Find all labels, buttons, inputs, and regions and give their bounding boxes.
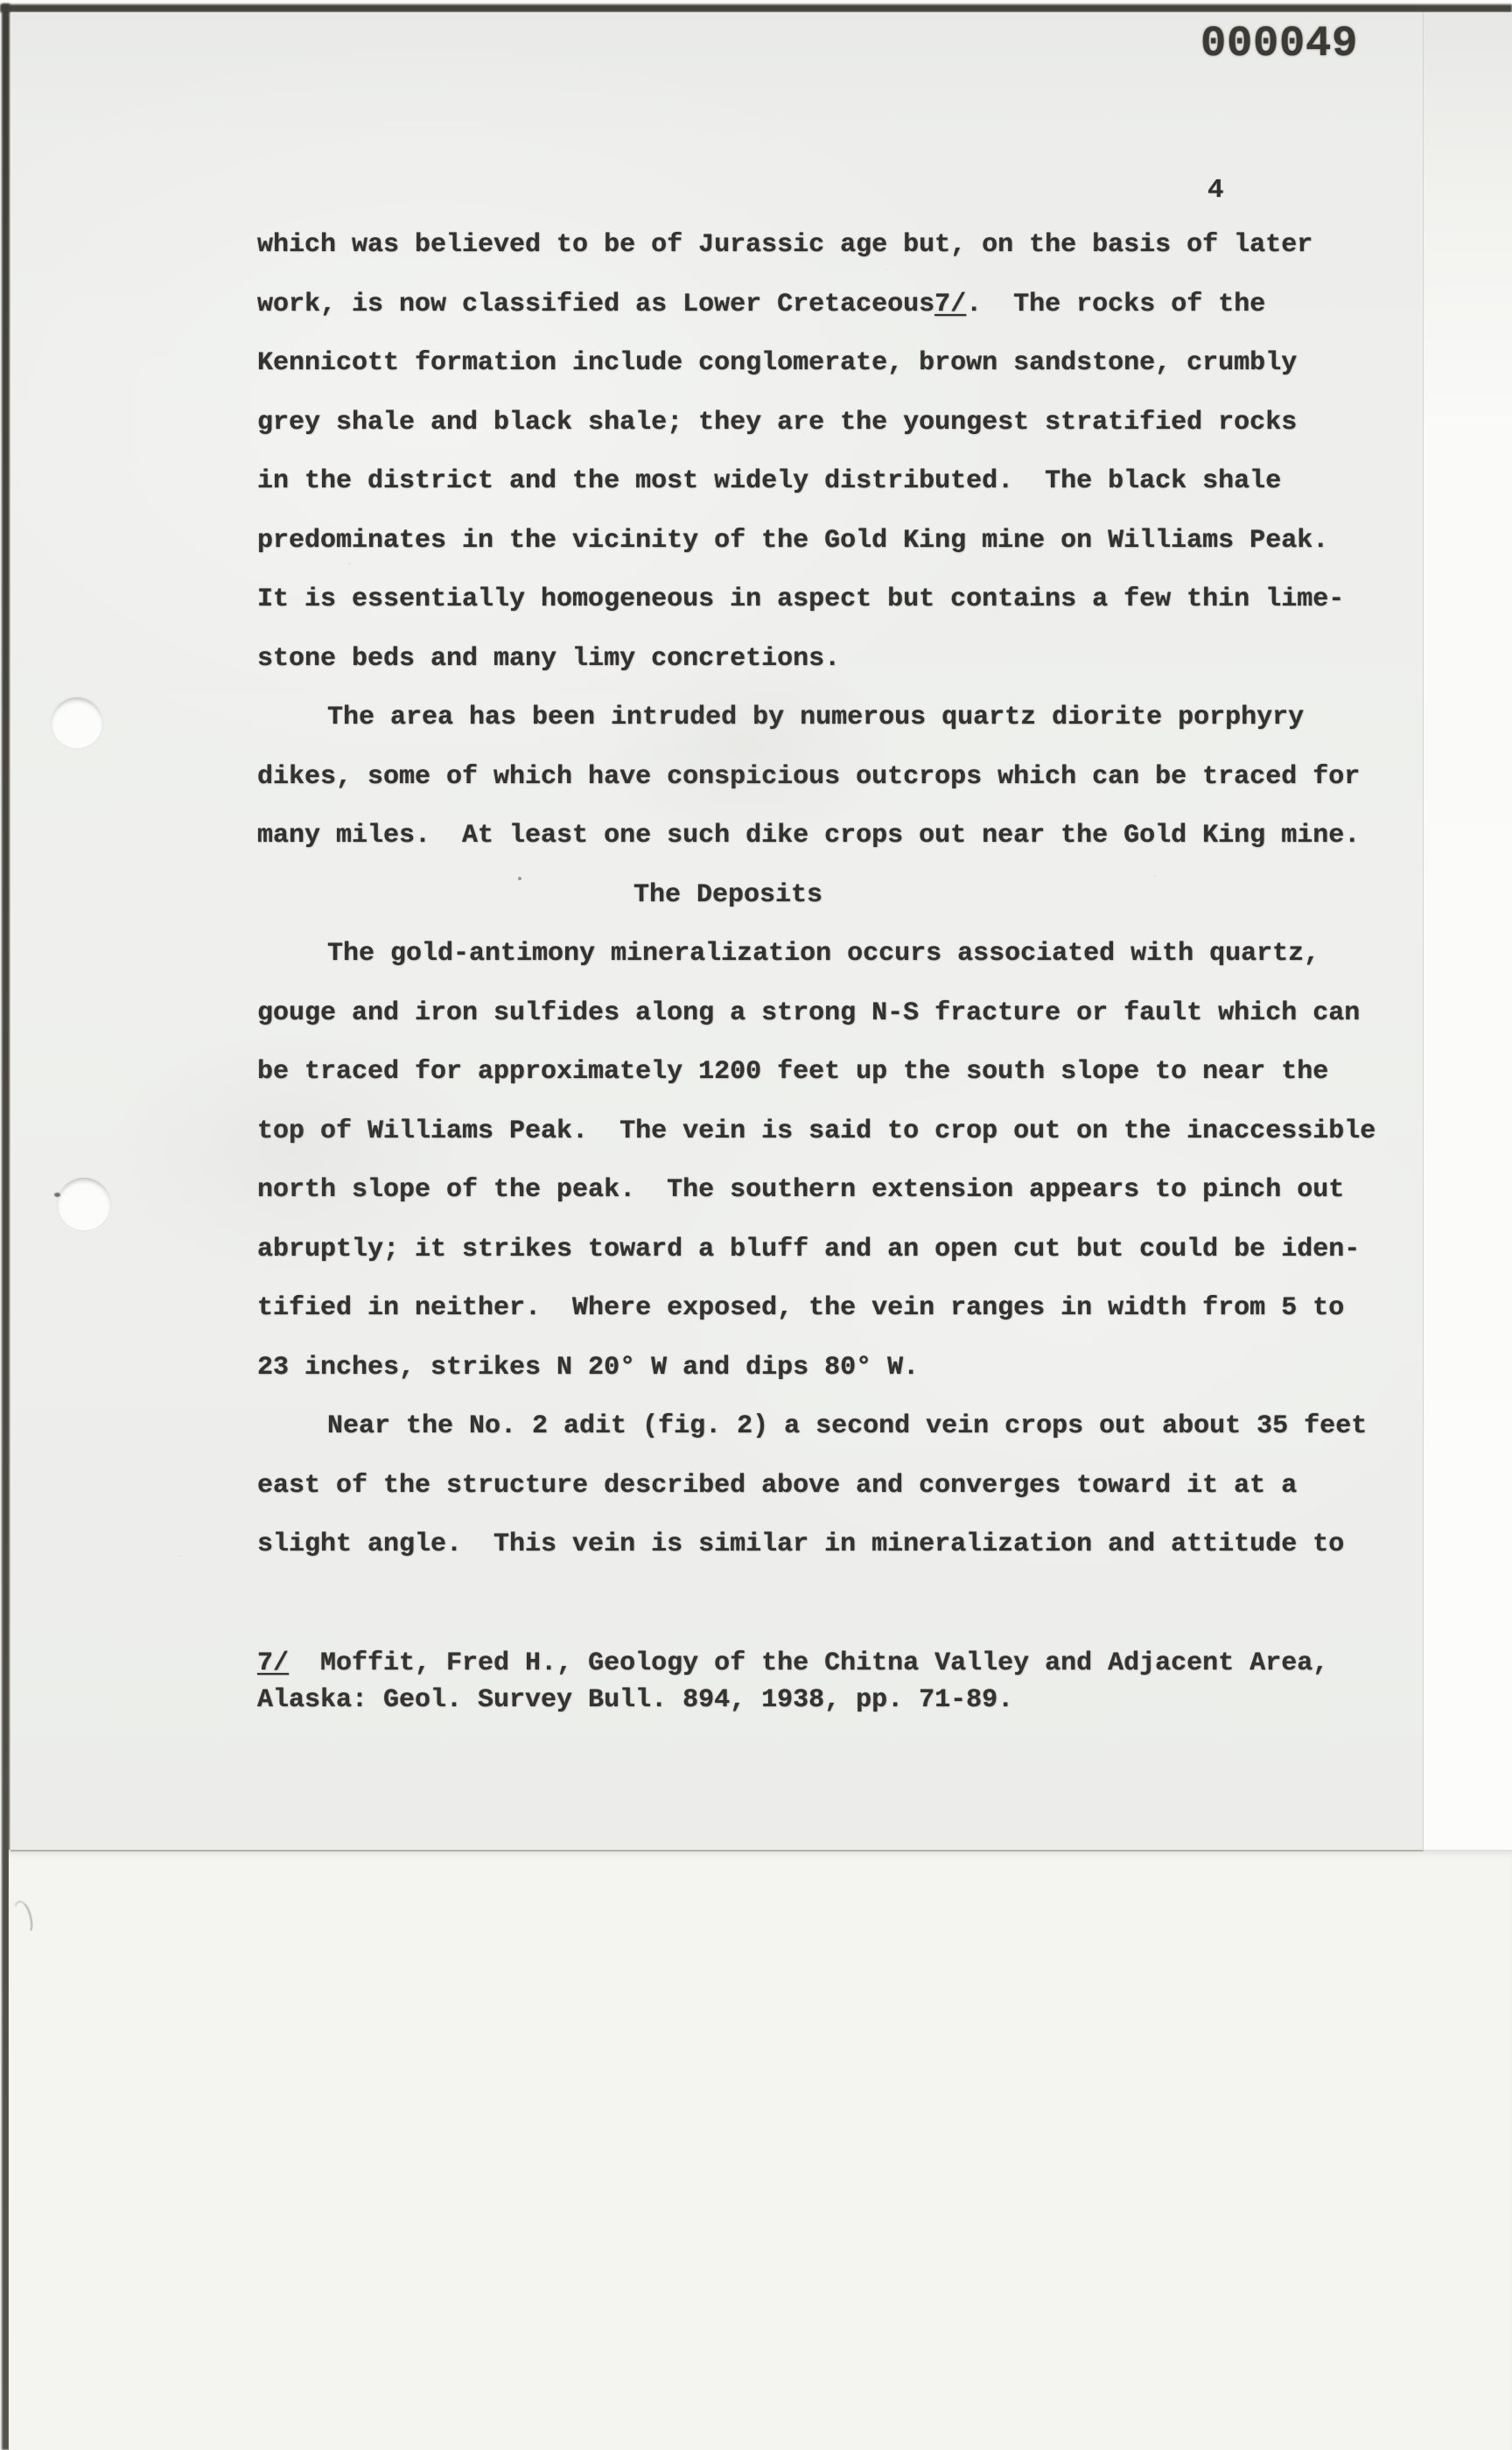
ink-speck (54, 1193, 60, 1197)
text-segment: east of the structure described above an… (257, 1471, 1297, 1501)
text-line: be traced for approximately 1200 feet up… (257, 1059, 1375, 1118)
text-segment: abruptly; it strikes toward a bluff and … (257, 1235, 1360, 1264)
text-line: predominates in the vicinity of the Gold… (257, 528, 1375, 587)
text-line: It is essentially homogeneous in aspect … (257, 586, 1375, 646)
text-segment: predominates in the vicinity of the Gold… (257, 526, 1328, 556)
footnote: 7/ Moffit, Fred H., Geology of the Chitn… (257, 1650, 1328, 1724)
text-line: tified in neither. Where exposed, the ve… (257, 1295, 1375, 1354)
text-segment: . The rocks of the (966, 290, 1265, 319)
text-line: work, is now classified as Lower Cretace… (257, 291, 1375, 351)
text-line: The area has been intruded by numerous q… (327, 704, 1375, 764)
text-segment: It is essentially homogeneous in aspect … (257, 584, 1344, 614)
text-line: gouge and iron sulfides along a strong N… (257, 1000, 1375, 1060)
text-segment: Alaska: Geol. Survey Bull. 894, 1938, pp… (257, 1685, 1013, 1715)
text-segment: The Deposits (633, 880, 822, 910)
text-line: dikes, some of which have conspicious ou… (257, 764, 1375, 823)
text-line: which was believed to be of Jurassic age… (257, 232, 1375, 291)
lower-sheet (9, 1850, 1512, 2450)
text-line: Near the No. 2 adit (fig. 2) a second ve… (327, 1413, 1375, 1473)
text-segment: The gold-antimony mineralization occurs … (327, 939, 1319, 969)
text-segment: dikes, some of which have conspicious ou… (257, 762, 1360, 792)
text-line: in the district and the most widely dist… (257, 468, 1375, 528)
text-line: north slope of the peak. The southern ex… (257, 1177, 1375, 1236)
scan-top-edge (0, 4, 1512, 12)
stamp-serial-number: 000049 (1200, 23, 1358, 66)
text-segment: The area has been intruded by numerous q… (327, 703, 1304, 732)
text-segment: Kennicott formation include conglomerate… (257, 348, 1297, 378)
section-heading: The Deposits (633, 882, 1375, 941)
text-line: slight angle. This vein is similar in mi… (257, 1531, 1375, 1591)
hole-punch-bottom (58, 1178, 110, 1230)
footnote-line: Alaska: Geol. Survey Bull. 894, 1938, pp… (257, 1687, 1328, 1724)
footnote-reference: 7/ (934, 290, 966, 319)
scanner-backdrop-right (1423, 12, 1512, 1850)
text-segment: be traced for approximately 1200 feet up… (257, 1057, 1328, 1087)
text-segment: north slope of the peak. The southern ex… (257, 1175, 1344, 1205)
text-line: 23 inches, strikes N 20° W and dips 80° … (257, 1354, 1375, 1414)
text-line: top of Williams Peak. The vein is said t… (257, 1118, 1375, 1178)
text-line: Kennicott formation include conglomerate… (257, 350, 1375, 409)
text-segment: 23 inches, strikes N 20° W and dips 80° … (257, 1353, 919, 1382)
text-segment: Near the No. 2 adit (fig. 2) a second ve… (327, 1411, 1367, 1441)
text-line: many miles. At least one such dike crops… (257, 822, 1375, 882)
text-line: east of the structure described above an… (257, 1473, 1375, 1532)
text-segment: gouge and iron sulfides along a strong N… (257, 998, 1360, 1028)
text-line: abruptly; it strikes toward a bluff and … (257, 1236, 1375, 1296)
text-segment: work, is now classified as Lower Cretace… (257, 290, 934, 319)
hole-punch-top (52, 697, 102, 748)
text-line: The gold-antimony mineralization occurs … (327, 941, 1375, 1000)
text-segment: tified in neither. Where exposed, the ve… (257, 1293, 1344, 1323)
text-line: grey shale and black shale; they are the… (257, 409, 1375, 469)
text-segment: top of Williams Peak. The vein is said t… (257, 1116, 1375, 1146)
footnote-reference: 7/ (257, 1648, 289, 1678)
text-segment: stone beds and many limy concretions. (257, 644, 840, 674)
scanned-page: 000049 4 which was believed to be of Jur… (0, 0, 1512, 2450)
text-segment: grey shale and black shale; they are the… (257, 408, 1297, 437)
footnote-line: 7/ Moffit, Fred H., Geology of the Chitn… (257, 1650, 1328, 1687)
text-segment: many miles. At least one such dike crops… (257, 821, 1360, 850)
text-line: stone beds and many limy concretions. (257, 646, 1375, 705)
text-segment: slight angle. This vein is similar in mi… (257, 1529, 1344, 1559)
text-segment: Moffit, Fred H., Geology of the Chitna V… (289, 1648, 1328, 1678)
paper-sheet: 000049 4 which was believed to be of Jur… (10, 12, 1424, 1851)
document-body-text: which was believed to be of Jurassic age… (257, 232, 1375, 1591)
page-number: 4 (1207, 177, 1224, 204)
text-segment: in the district and the most widely dist… (257, 466, 1281, 496)
text-segment: which was believed to be of Jurassic age… (257, 230, 1312, 260)
